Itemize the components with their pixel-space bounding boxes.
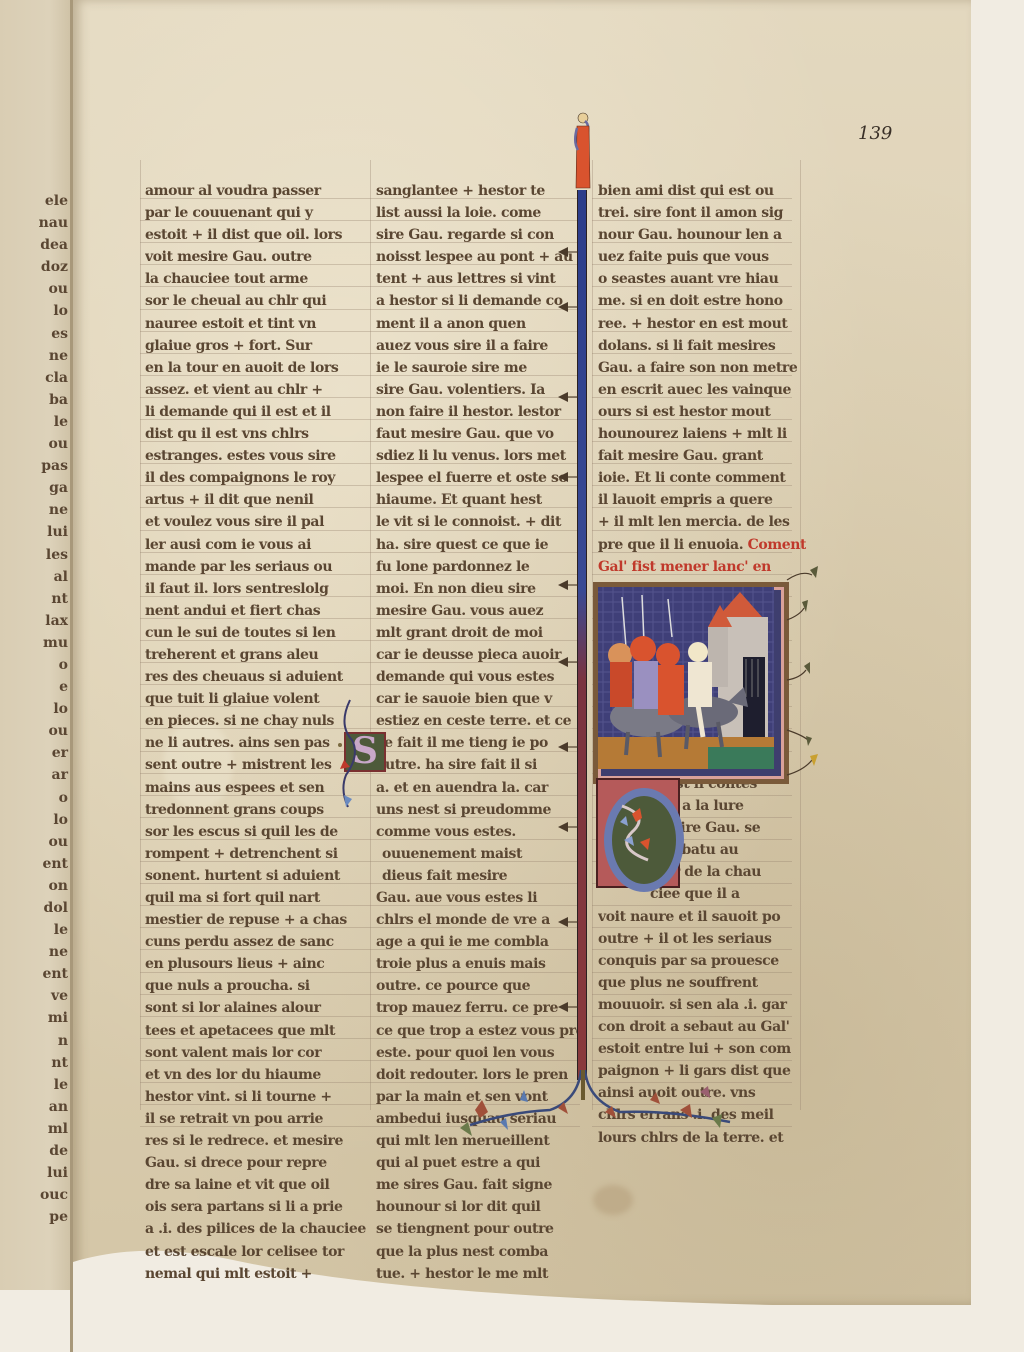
facing-page-fragment: cla [0,367,68,389]
text-line: conquis par sa prouesce [598,950,791,972]
text-line: outre. ce pource que [376,975,585,997]
text-line: trop mauez ferru. ce pre [376,997,585,1019]
text-line: Gau. si drece pour repre [145,1152,366,1174]
text-line: cuns perdu assez de sanc [145,931,366,953]
facing-page-fragment: al [0,566,68,588]
text-line: fu lone pardonnez le [376,556,585,578]
text-line: estoit + il dist que oil. lors [145,224,366,246]
text-line: uez faite puis que vous [598,246,797,268]
facing-page-fragment: le [0,1074,68,1096]
leaf-sprig-icon [556,578,578,592]
drollery-figure-icon [572,112,594,192]
text-line: uns nest si preudomme [376,799,585,821]
facing-page-fragment: an [0,1096,68,1118]
facing-page-fragment: e [0,676,68,698]
leaf-sprig-icon [556,1000,578,1014]
facing-page-fragment: de [0,1140,68,1162]
leaf-sprig-icon [556,740,578,754]
text-line: hestor vint. si li tourne + [145,1086,366,1108]
facing-page-fragment: ent [0,853,68,875]
facing-page-fragment: lo [0,300,68,322]
text-line: este. pour quoi len vous [376,1042,585,1064]
text-line: ce fait il me tieng ie po [376,732,585,754]
side-vine-icon [782,560,822,810]
text-line: il lauoit empris a quere [598,489,806,511]
text-line: nemal qui mlt estoit + [145,1263,366,1285]
text-line: artus + il dit que nenil [145,489,366,511]
text-line: a hestor si li demande co [376,290,585,312]
text-line: comme vous estes. [376,821,585,843]
text-line: que la plus nest comba [376,1241,585,1263]
text-line: sont si lor alaines alour [145,997,366,1019]
text-line: nauree estoit et tint vn [145,313,366,335]
facing-page-fragment: pas [0,455,68,477]
stain [593,1185,633,1215]
text-line: Gal' fist mener lanc' en [598,556,806,578]
facing-page-fragment: pe [0,1206,68,1228]
text-line: glaiue gros + fort. Sur [145,335,366,357]
facing-page-fragment: lax [0,610,68,632]
text-line: sont valent mais lor cor [145,1042,366,1064]
facing-page-fragment: ga [0,477,68,499]
text-line: auez vous sire il a faire [376,335,585,357]
facing-page-fragment: ou [0,831,68,853]
text-line: mande par les seriaus ou [145,556,366,578]
text-line: hiaume. Et quant hest [376,489,585,511]
facing-page-fragment: nau [0,212,68,234]
text-line: rompent + detrenchent si [145,843,366,865]
facing-page-fragment: on [0,875,68,897]
text-line: sor le cheual au chlr qui [145,290,366,312]
text-line: o seastes auant vre hiau [598,268,797,290]
text-line: la chauciee tout arme [145,268,366,290]
text-line: bien ami dist qui est ou [598,180,797,202]
text-line: non faire il hestor. lestor [376,401,585,423]
facing-page-text: elenaudeadozouloesneclabaleoupasganeluil… [0,190,68,1228]
text-line: Gau. aue vous estes li [376,887,585,909]
leaf-sprig-icon [556,655,578,669]
facing-page-fragment: ouc [0,1184,68,1206]
binding-gutter [70,0,73,1352]
text-line: ie le sauroie sire me [376,357,585,379]
text-line: sire Gau. regarde si con [376,224,585,246]
facing-page-fragment: er [0,742,68,764]
leaf-sprig-icon [556,300,578,314]
text-line: voit mesire Gau. outre [145,246,366,268]
text-line: troie plus a enuis mais [376,953,585,975]
text-line: moi. En non dieu sire [376,578,585,600]
text-line: mlt grant droit de moi [376,622,585,644]
facing-page-fragment: ele [0,190,68,212]
text-line: ler ausi com ie vous ai [145,534,366,556]
text-line: mestier de repuse + a chas [145,909,366,931]
text-line: demande qui vous estes [376,666,585,688]
facing-page-fragment: ml [0,1118,68,1140]
facing-page-fragment: dea [0,234,68,256]
facing-page-fragment: o [0,654,68,676]
text-line: que plus ne souffrent [598,972,791,994]
facing-page-fragment: nt [0,1052,68,1074]
facing-page-fragment: mi [0,1007,68,1029]
text-line: fait mesire Gau. grant [598,445,797,467]
facing-page-fragment: ou [0,720,68,742]
ruling-line [140,160,141,1110]
text-line: sdiez li lu venus. lors met [376,445,585,467]
text-line: se tiengnent pour outre [376,1218,585,1240]
text-column-3-upper: bien ami dist qui est outrei. sire font … [598,180,797,489]
facing-page-fragment: lo [0,809,68,831]
text-line: assez. et vient au chlr + [145,379,366,401]
text-line: faut mesire Gau. que vo [376,423,585,445]
leaf-sprig-icon [556,820,578,834]
decorated-initial-o: O [596,778,680,888]
text-line: il faut il. lors sentreslolg [145,578,366,600]
text-line: estranges. estes vous sire [145,445,366,467]
facing-page-fragment: doz [0,256,68,278]
text-line: ouuenement maist [376,843,585,865]
text-line: par le couuenant qui y [145,202,366,224]
text-line: a .i. des pilices de la chauciee [145,1218,366,1240]
bar-border [577,190,587,1080]
text-line: mouuoir. si sen ala .i. gar [598,994,791,1016]
text-line: ce que trop a estez vous pro [376,1020,585,1042]
folio-number: 139 [858,123,892,144]
facing-page-fragment: ar [0,764,68,786]
initial-bowl [604,788,684,892]
text-line: cun le sui de toutes si len [145,622,366,644]
text-line: hounourez laiens + mlt li [598,423,797,445]
text-line: Gau. a faire son non metre [598,357,797,379]
facing-page-fragment: le [0,411,68,433]
text-line: dist qu il est vns chlrs [145,423,366,445]
text-line: ha. sire quest ce que ie [376,534,585,556]
text-line: dolans. si li fait mesires [598,335,797,357]
text-line: con droit a sebaut au Gal' [598,1016,791,1038]
text-line: res des cheuaus si aduient [145,666,366,688]
rubric-start: Coment [743,537,806,553]
text-line: en escrit auec les vainque [598,379,797,401]
knights-castle-scene-icon [598,587,774,769]
leaf-sprig-icon [556,915,578,929]
text-line: ree. + hestor en est mout [598,313,797,335]
text-line: estoit entre lui + son com [598,1038,791,1060]
text-line: tent + aus lettres si vint [376,268,585,290]
facing-page-fragment: ou [0,433,68,455]
text-line: estiez en ceste terre. et ce [376,710,585,732]
text-line: outre + il ot les seriaus [598,928,791,950]
text-line: age a qui ie me combla [376,931,585,953]
text-line: li demande qui il est et il [145,401,366,423]
text-line: en la tour en auoit de lors [145,357,366,379]
text-line: ioie. Et li conte comment [598,467,797,489]
leaf-ornament-icon [612,796,660,868]
text-line: tees et apetacees que mlt [145,1020,366,1042]
text-line: treherent et grans aleu [145,644,366,666]
miniature-illumination [593,582,789,784]
text-line: + il mlt len mercia. de les [598,511,806,533]
text-line: car ie sauoie bien que v [376,688,585,710]
text-line: ours si est hestor mout [598,401,797,423]
text-line: tue. + hestor le me mlt [376,1263,585,1285]
text-line: nour Gau. hounour len a [598,224,797,246]
bottom-vine-flourish-icon [450,1070,740,1150]
ruling-line [370,160,371,1110]
text-line: chlrs el monde de vre a [376,909,585,931]
facing-page-fragment: ve [0,985,68,1007]
facing-page-fragment: ne [0,499,68,521]
facing-page-fragment: dol [0,897,68,919]
text-line: pre que il li enuoia. Coment [598,534,806,556]
facing-page-fragment: o [0,787,68,809]
text-line: et est escale lor celisee tor [145,1241,366,1263]
text-line: sanglantee + hestor te [376,180,585,202]
text-line: il des compaignons le roy [145,467,366,489]
text-line: qui al puet estre a qui [376,1152,585,1174]
text-line: list aussi la loie. come [376,202,585,224]
text-line: ois sera partans si li a prie [145,1196,366,1218]
leaf-sprig-icon [556,245,578,259]
text-line: nent andui et fiert chas [145,600,366,622]
text-line: outre. ha sire fait il si [376,754,585,776]
facing-page-fragment: ba [0,389,68,411]
facing-page-fragment: ou [0,278,68,300]
text-line: sire Gau. volentiers. Ia [376,379,585,401]
facing-page-fragment: n [0,1030,68,1052]
facing-page-fragment: es [0,323,68,345]
text-line: ment il a anon quen [376,313,585,335]
text-line: et voulez vous sire il pal [145,511,366,533]
text-line: a. et en auendra la. car [376,777,585,799]
facing-page-fragment: ent [0,963,68,985]
text-line: quil ma si fort quil nart [145,887,366,909]
text-line: il se retrait vn pou arrie [145,1108,366,1130]
facing-page-fragment: lui [0,1162,68,1184]
facing-page-fragment: lui [0,521,68,543]
text-line: et vn des lor du hiaume [145,1064,366,1086]
text-line: me. si en doit estre hono [598,290,797,312]
text-line: mesire Gau. vous auez [376,600,585,622]
text-line: amour al voudra passer [145,180,366,202]
text-line: sor les escus si quil les de [145,821,366,843]
facing-page-fragment: ne [0,345,68,367]
initial-flourish-icon [330,695,370,815]
facing-page-fragment: mu [0,632,68,654]
text-line: car ie deusse pieca auoir [376,644,585,666]
facing-page-fragment: le [0,919,68,941]
text-line: sonent. hurtent si aduient [145,865,366,887]
text-line: hounour si lor dit quil [376,1196,585,1218]
facing-page-fragment: lo [0,698,68,720]
text-line: voit naure et il sauoit po [598,906,791,928]
text-line: dre sa laine et vit que oil [145,1174,366,1196]
text-line: trei. sire font il amon sig [598,202,797,224]
text-line: lespee el fuerre et oste so [376,467,585,489]
text-line: que nuls a proucha. si [145,975,366,997]
facing-page-fragment: les [0,544,68,566]
facing-page-fragment: ne [0,941,68,963]
text-line: me sires Gau. fait signe [376,1174,585,1196]
text-line: en plusours lieus + ainc [145,953,366,975]
text-line: le vit si le connoist. + dit [376,511,585,533]
facing-page-fragment: nt [0,588,68,610]
text-line: noisst lespee au pont + au [376,246,585,268]
leaf-sprig-icon [556,470,578,484]
text-line: res si le redrece. et mesire [145,1130,366,1152]
leaf-sprig-icon [556,390,578,404]
text-line: dieus fait mesire [376,865,585,887]
